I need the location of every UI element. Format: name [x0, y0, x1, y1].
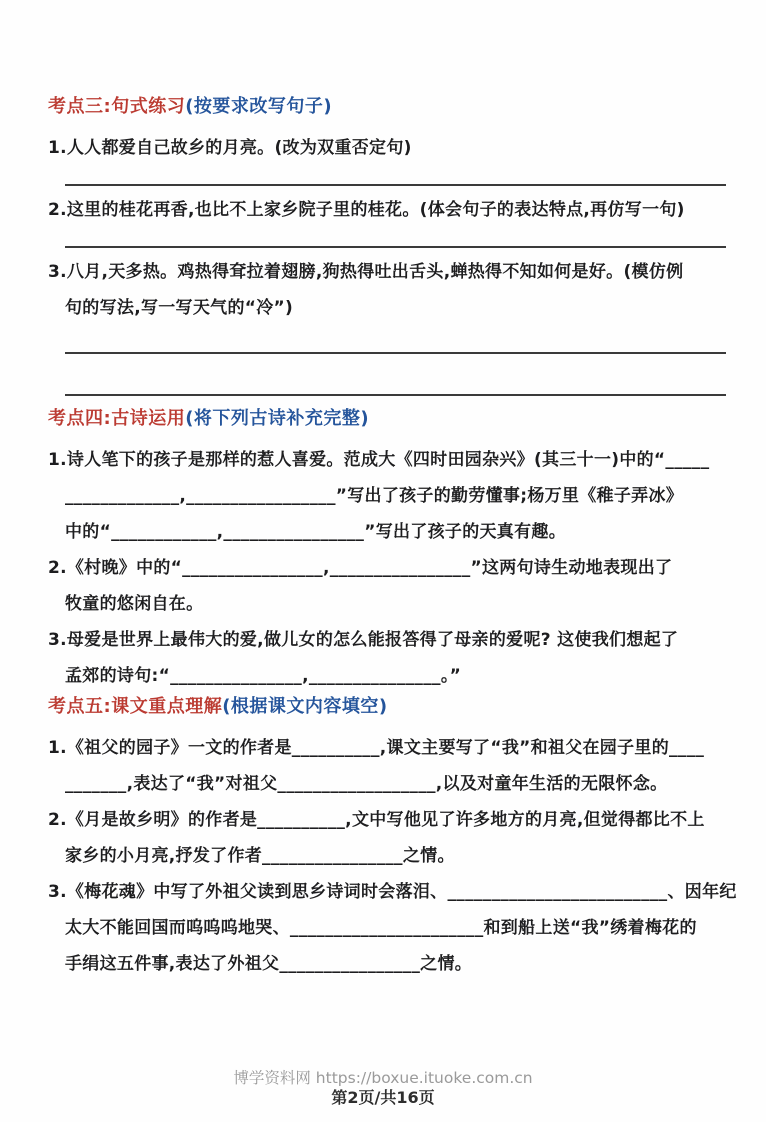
question-line: 3.母爱是世界上最伟大的爱,做儿女的怎么能报答得了母亲的爱呢? 这使我们想起了: [48, 622, 728, 658]
answer-rule-line: [65, 352, 726, 354]
question-line: 中的“____________,________________”写出了孩子的天…: [48, 514, 728, 550]
section-exam-point-5: 考点五:课文重点理解(根据课文内容填空) 1.《祖父的园子》一文的作者是____…: [48, 696, 728, 982]
section-title-red: 考点五:课文重点理解: [48, 696, 222, 717]
question-line: _______,表达了“我”对祖父__________________,以及对童…: [48, 766, 728, 802]
worksheet-page: 考点三:句式练习(按要求改写句子) 1.人人都爱自己故乡的月亮。(改为双重否定句…: [0, 0, 766, 1122]
question-line: 太大不能回国而呜呜呜地哭、______________________和到船上送…: [48, 910, 728, 946]
answer-rule-line: [65, 394, 726, 396]
question-line: 句的写法,写一写天气的“冷”): [48, 290, 728, 326]
question-line: 3.《梅花魂》中写了外祖父读到思乡诗词时会落泪、________________…: [48, 874, 728, 910]
question-line: 2.《月是故乡明》的作者是__________,文中写他见了许多地方的月亮,但觉…: [48, 802, 728, 838]
section-title-red: 考点四:古诗运用: [48, 408, 185, 429]
question-line: 3.八月,天多热。鸡热得耷拉着翅膀,狗热得吐出舌头,蝉热得不知如何是好。(模仿例: [48, 254, 728, 290]
section-title-blue: (根据课文内容填空): [222, 696, 387, 717]
question-line: 1.诗人笔下的孩子是那样的惹人喜爱。范成大《四时田园杂兴》(其三十一)中的“__…: [48, 442, 728, 478]
page-footer: 博学资料网 https://boxue.ituoke.com.cn 第2页/共1…: [0, 1069, 766, 1108]
footer-site-url: 博学资料网 https://boxue.ituoke.com.cn: [0, 1069, 766, 1088]
section-exam-point-4: 考点四:古诗运用(将下列古诗补充完整) 1.诗人笔下的孩子是那样的惹人喜爱。范成…: [48, 408, 728, 694]
question-line: 孟郊的诗句:“_______________,_______________。”: [48, 658, 728, 694]
section-exam-point-3: 考点三:句式练习(按要求改写句子) 1.人人都爱自己故乡的月亮。(改为双重否定句…: [48, 96, 728, 396]
question-line: _____________,_________________”写出了孩子的勤劳…: [48, 478, 728, 514]
question-line: 家乡的小月亮,抒发了作者________________之情。: [48, 838, 728, 874]
question-line: 1.《祖父的园子》一文的作者是__________,课文主要写了“我”和祖父在园…: [48, 730, 728, 766]
footer-page-number: 第2页/共16页: [0, 1088, 766, 1108]
question-line: 2.《村晚》中的“________________,______________…: [48, 550, 728, 586]
question-line: 牧童的悠闲自在。: [48, 586, 728, 622]
question-line: 1.人人都爱自己故乡的月亮。(改为双重否定句): [48, 130, 728, 166]
answer-rule-line: [65, 184, 726, 186]
section-title: 考点四:古诗运用(将下列古诗补充完整): [48, 408, 728, 430]
answer-rule-line: [65, 246, 726, 248]
section-title-red: 考点三:句式练习: [48, 96, 185, 117]
section-title-blue: (将下列古诗补充完整): [185, 408, 369, 429]
question-line: 手绢这五件事,表达了外祖父________________之情。: [48, 946, 728, 982]
section-title-blue: (按要求改写句子): [185, 96, 332, 117]
section-title: 考点三:句式练习(按要求改写句子): [48, 96, 728, 118]
question-line: 2.这里的桂花再香,也比不上家乡院子里的桂花。(体会句子的表达特点,再仿写一句): [48, 192, 728, 228]
section-title: 考点五:课文重点理解(根据课文内容填空): [48, 696, 728, 718]
